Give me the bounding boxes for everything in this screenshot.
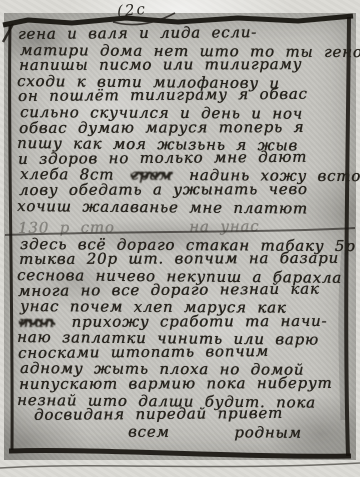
- line-pre-text: гена и валя и лида если-: [18, 25, 257, 42]
- letter-line: хочиш жалаванье мне платют: [17, 199, 347, 217]
- line-pre-text: лову обедать а ужынать чево: [19, 182, 308, 199]
- line-pre-text: нипускают вармию пока ниберут: [19, 376, 332, 393]
- line-pre-text: тыква 20р шт. вопчим на базари: [19, 251, 339, 268]
- letter-line: гена и валя и лида если-: [18, 24, 348, 42]
- line-pre-text: всем: [128, 425, 170, 441]
- letter-line: напишы писмо или тилиграму: [19, 57, 349, 74]
- letter-line: 130 р сто на унас: [18, 219, 348, 237]
- line-pre-text: напишы писмо или тилиграму: [19, 57, 302, 74]
- line-pre-text: досвиданя пиредай привет: [34, 406, 283, 424]
- letter-line: он пошлёт тилиграму я обвас: [18, 87, 348, 105]
- letter-line: тыква 20р шт. вопчим на базари: [19, 251, 349, 268]
- line-post-text: на унас: [189, 219, 259, 235]
- letter-line: досвиданя пиредай привет: [18, 406, 348, 424]
- page-number: (2с: [116, 0, 147, 20]
- line-post-text: родным: [234, 425, 302, 441]
- letter-line: всем родным: [20, 424, 350, 442]
- letter-line: нипускают вармию пока ниберут: [19, 376, 349, 393]
- letter-text: гена и валя и лида если- матири дома нет…: [18, 27, 348, 439]
- letter-line: лову обедать а ужынать чево: [19, 182, 349, 199]
- scanned-letter-photo: (2с гена и валя и лида если- матири дома…: [0, 0, 360, 477]
- line-post-text: прихожу сработи та начи-: [72, 314, 328, 330]
- line-pre-text: хочиш жалаванье мне платют: [17, 199, 308, 217]
